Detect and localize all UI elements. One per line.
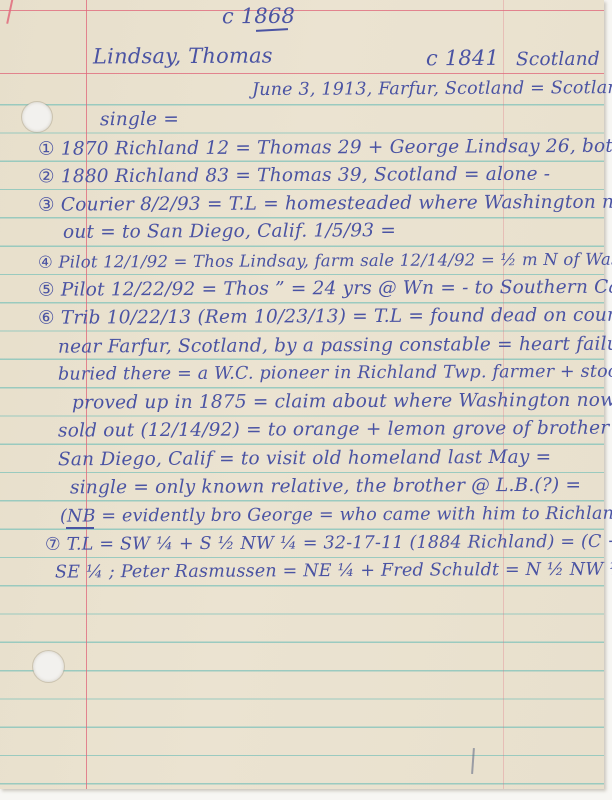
scanned-page: c 1868 Lindsay, Thomas c 1841 Scotland J…	[0, 0, 612, 800]
entry7-land-line1: ⑦ T.L = SW ¼ + S ½ NW ¼ = 32-17-11 (1884…	[45, 531, 612, 555]
marital-status-line: single =	[100, 109, 179, 130]
entry6-trib-line3: buried there = a W.C. pioneer in Richlan…	[58, 361, 612, 384]
entry6-trib-line6: San Diego, Calif = to visit old homeland…	[58, 447, 551, 471]
entry6-trib-line1: ⑥ Trib 10/22/13 (Rem 10/23/13) = T.L = f…	[38, 304, 612, 328]
name-heading: Lindsay, Thomas	[93, 44, 273, 69]
entry6-nb-line: (NB = evidently bro George = who came wi…	[60, 503, 612, 526]
entry6-trib-line4: proved up in 1875 = claim about where Wa…	[72, 389, 612, 413]
entry6-trib-line2: near Farfur, Scotland, by a passing cons…	[58, 333, 612, 357]
entry7-land-line2: SE ¼ ; Peter Rasmussen = NE ¼ + Fred Sch…	[55, 559, 612, 582]
entry2-census-1880: ② 1880 Richland 83 = Thomas 39, Scotland…	[38, 164, 550, 188]
death-line: June 3, 1913, Farfur, Scotland = Scotlan…	[252, 78, 612, 100]
entry3-courier-line1: ③ Courier 8/2/93 = T.L = homesteaded whe…	[38, 191, 612, 215]
punch-hole-bottom	[33, 651, 64, 682]
entry4-pilot-farm-sale: ④ Pilot 12/1/92 = Thos Lindsay, farm sal…	[38, 249, 612, 271]
punch-hole-top	[22, 102, 52, 132]
header-rule-top	[0, 10, 604, 11]
nb-underline	[66, 527, 94, 529]
birth-place: Scotland	[516, 49, 600, 70]
entry6-trib-line5: sold out (12/14/92) = to orange + lemon …	[58, 417, 612, 441]
entry5-pilot-departure: ⑤ Pilot 12/22/92 = Thos ” = 24 yrs @ Wn …	[38, 276, 612, 300]
entry6-trib-line7: single = only known relative, the brothe…	[70, 475, 581, 499]
entry3-courier-line2: out = to San Diego, Calif. 1/5/93 =	[63, 220, 396, 243]
circa-note: c 1868	[222, 4, 295, 28]
entry1-census-1870: ① 1870 Richland 12 = Thomas 29 + George …	[38, 135, 612, 160]
birth-year: c 1841	[426, 46, 499, 70]
header-rule-name	[0, 73, 604, 74]
